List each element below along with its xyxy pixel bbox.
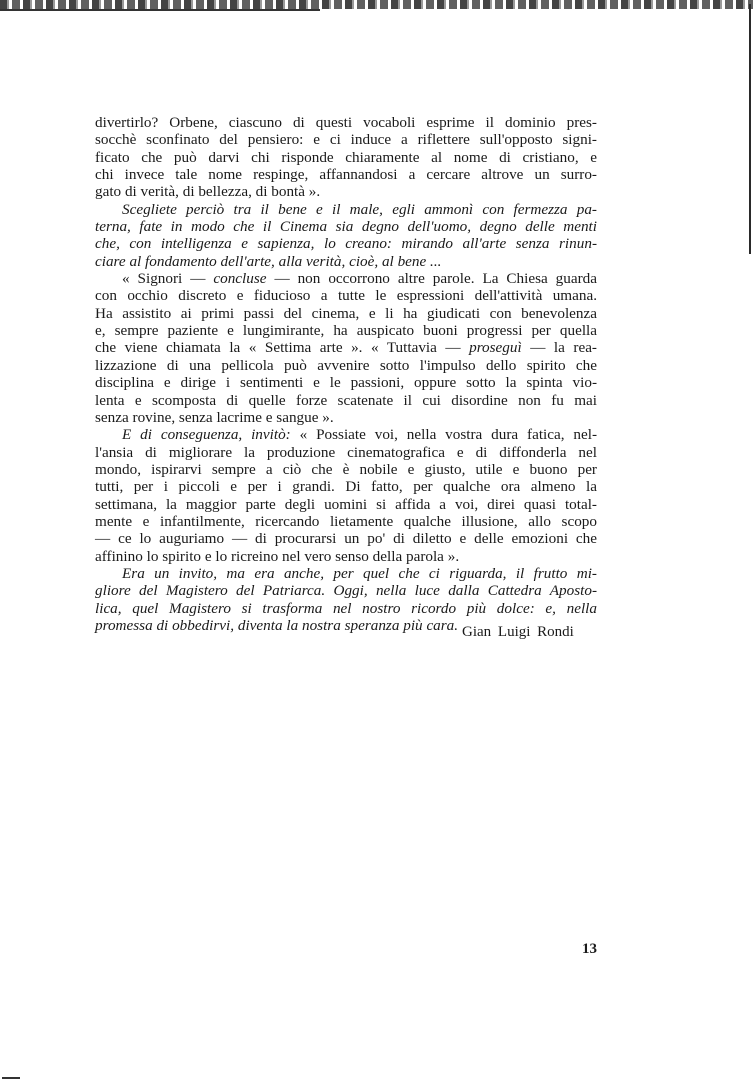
scan-artifact-bottom-mark: [2, 1077, 20, 1079]
text-line-italic: che, con intelligenza e sapienza, lo cre…: [95, 235, 597, 252]
text-line: tutti, per i piccoli e per i grandi. Di …: [95, 478, 597, 495]
text-line: mondo, ispirarvi sempre a ciò che è nobi…: [95, 461, 597, 478]
quote-rest: — la rea-: [530, 339, 597, 356]
text-line: settimana, la maggior parte degli uomini…: [95, 496, 597, 513]
text-line: con occhio discreto e fiducioso a tutte …: [95, 287, 597, 304]
text-line-italic: terna, fate in modo che il Cinema sia de…: [95, 218, 597, 235]
text-line-italic: Scegliete perciò tra il bene e il male, …: [95, 201, 597, 218]
text-line: — ce lo auguriamo — di procurarsi un po'…: [95, 530, 597, 547]
text-line: ficato che può darvi chi risponde chiara…: [95, 149, 597, 166]
italic-verb: proseguì: [469, 339, 522, 356]
text-line: che viene chiamata la « Settima arte ». …: [95, 339, 597, 356]
quote-rest: « Possiate voi, nella vostra dura fatica…: [300, 426, 597, 443]
text-line-italic: ciare al fondamento dell'arte, alla veri…: [95, 253, 597, 270]
text-line: « Signori — concluse — non occorrono alt…: [95, 270, 597, 287]
text-line: chi invece tale nome respinge, affannand…: [95, 166, 597, 183]
quote-open: « Signori —: [122, 270, 205, 287]
text-line: senza rovine, senza lacrime e sangue ».: [95, 409, 597, 426]
text-line: l'ansia di migliorare la produzione cine…: [95, 444, 597, 461]
quote-rest: — non occorrono altre parole. La Chiesa …: [274, 270, 597, 287]
text-line-italic: Era un invito, ma era anche, per quel ch…: [95, 565, 597, 582]
author-signature: Gian Luigi Rondi: [462, 624, 574, 641]
body-text: divertirlo? Orbene, ciascuno di questi v…: [95, 114, 597, 634]
italic-intro: E di conseguenza, invitò:: [122, 426, 291, 443]
text-line: e, sempre paziente e lungimirante, ha au…: [95, 322, 597, 339]
scan-artifact-top-line: [0, 9, 320, 11]
scan-artifact-top: [0, 0, 753, 9]
text-line: E di conseguenza, invitò: « Possiate voi…: [95, 426, 597, 443]
text-line: affinino lo spirito e lo ricreino nel ve…: [95, 548, 597, 565]
text-line: socchè sconfinato del pensiero: e ci ind…: [95, 131, 597, 148]
quote-start: che viene chiamata la « Settima arte ». …: [95, 339, 461, 356]
page-number: 13: [582, 941, 597, 958]
text-line: Ha assistito ai primi passi del cinema, …: [95, 305, 597, 322]
text-line: lizzazione di una pellicola può avvenire…: [95, 357, 597, 374]
scan-artifact-right-edge: [749, 4, 751, 254]
text-line: lenta e scomposta di quelle forze scaten…: [95, 392, 597, 409]
text-line: mente e infantilmente, ricercando lietam…: [95, 513, 597, 530]
text-line: disciplina e dirige i sentimenti e le pa…: [95, 374, 597, 391]
italic-verb: concluse: [213, 270, 266, 287]
text-line-italic: lica, quel Magistero si trasforma nel no…: [95, 600, 597, 617]
text-line: gato di verità, di bellezza, di bontà ».: [95, 183, 597, 200]
text-line-italic: gliore del Magistero del Patriarca. Oggi…: [95, 582, 597, 599]
text-line: divertirlo? Orbene, ciascuno di questi v…: [95, 114, 597, 131]
